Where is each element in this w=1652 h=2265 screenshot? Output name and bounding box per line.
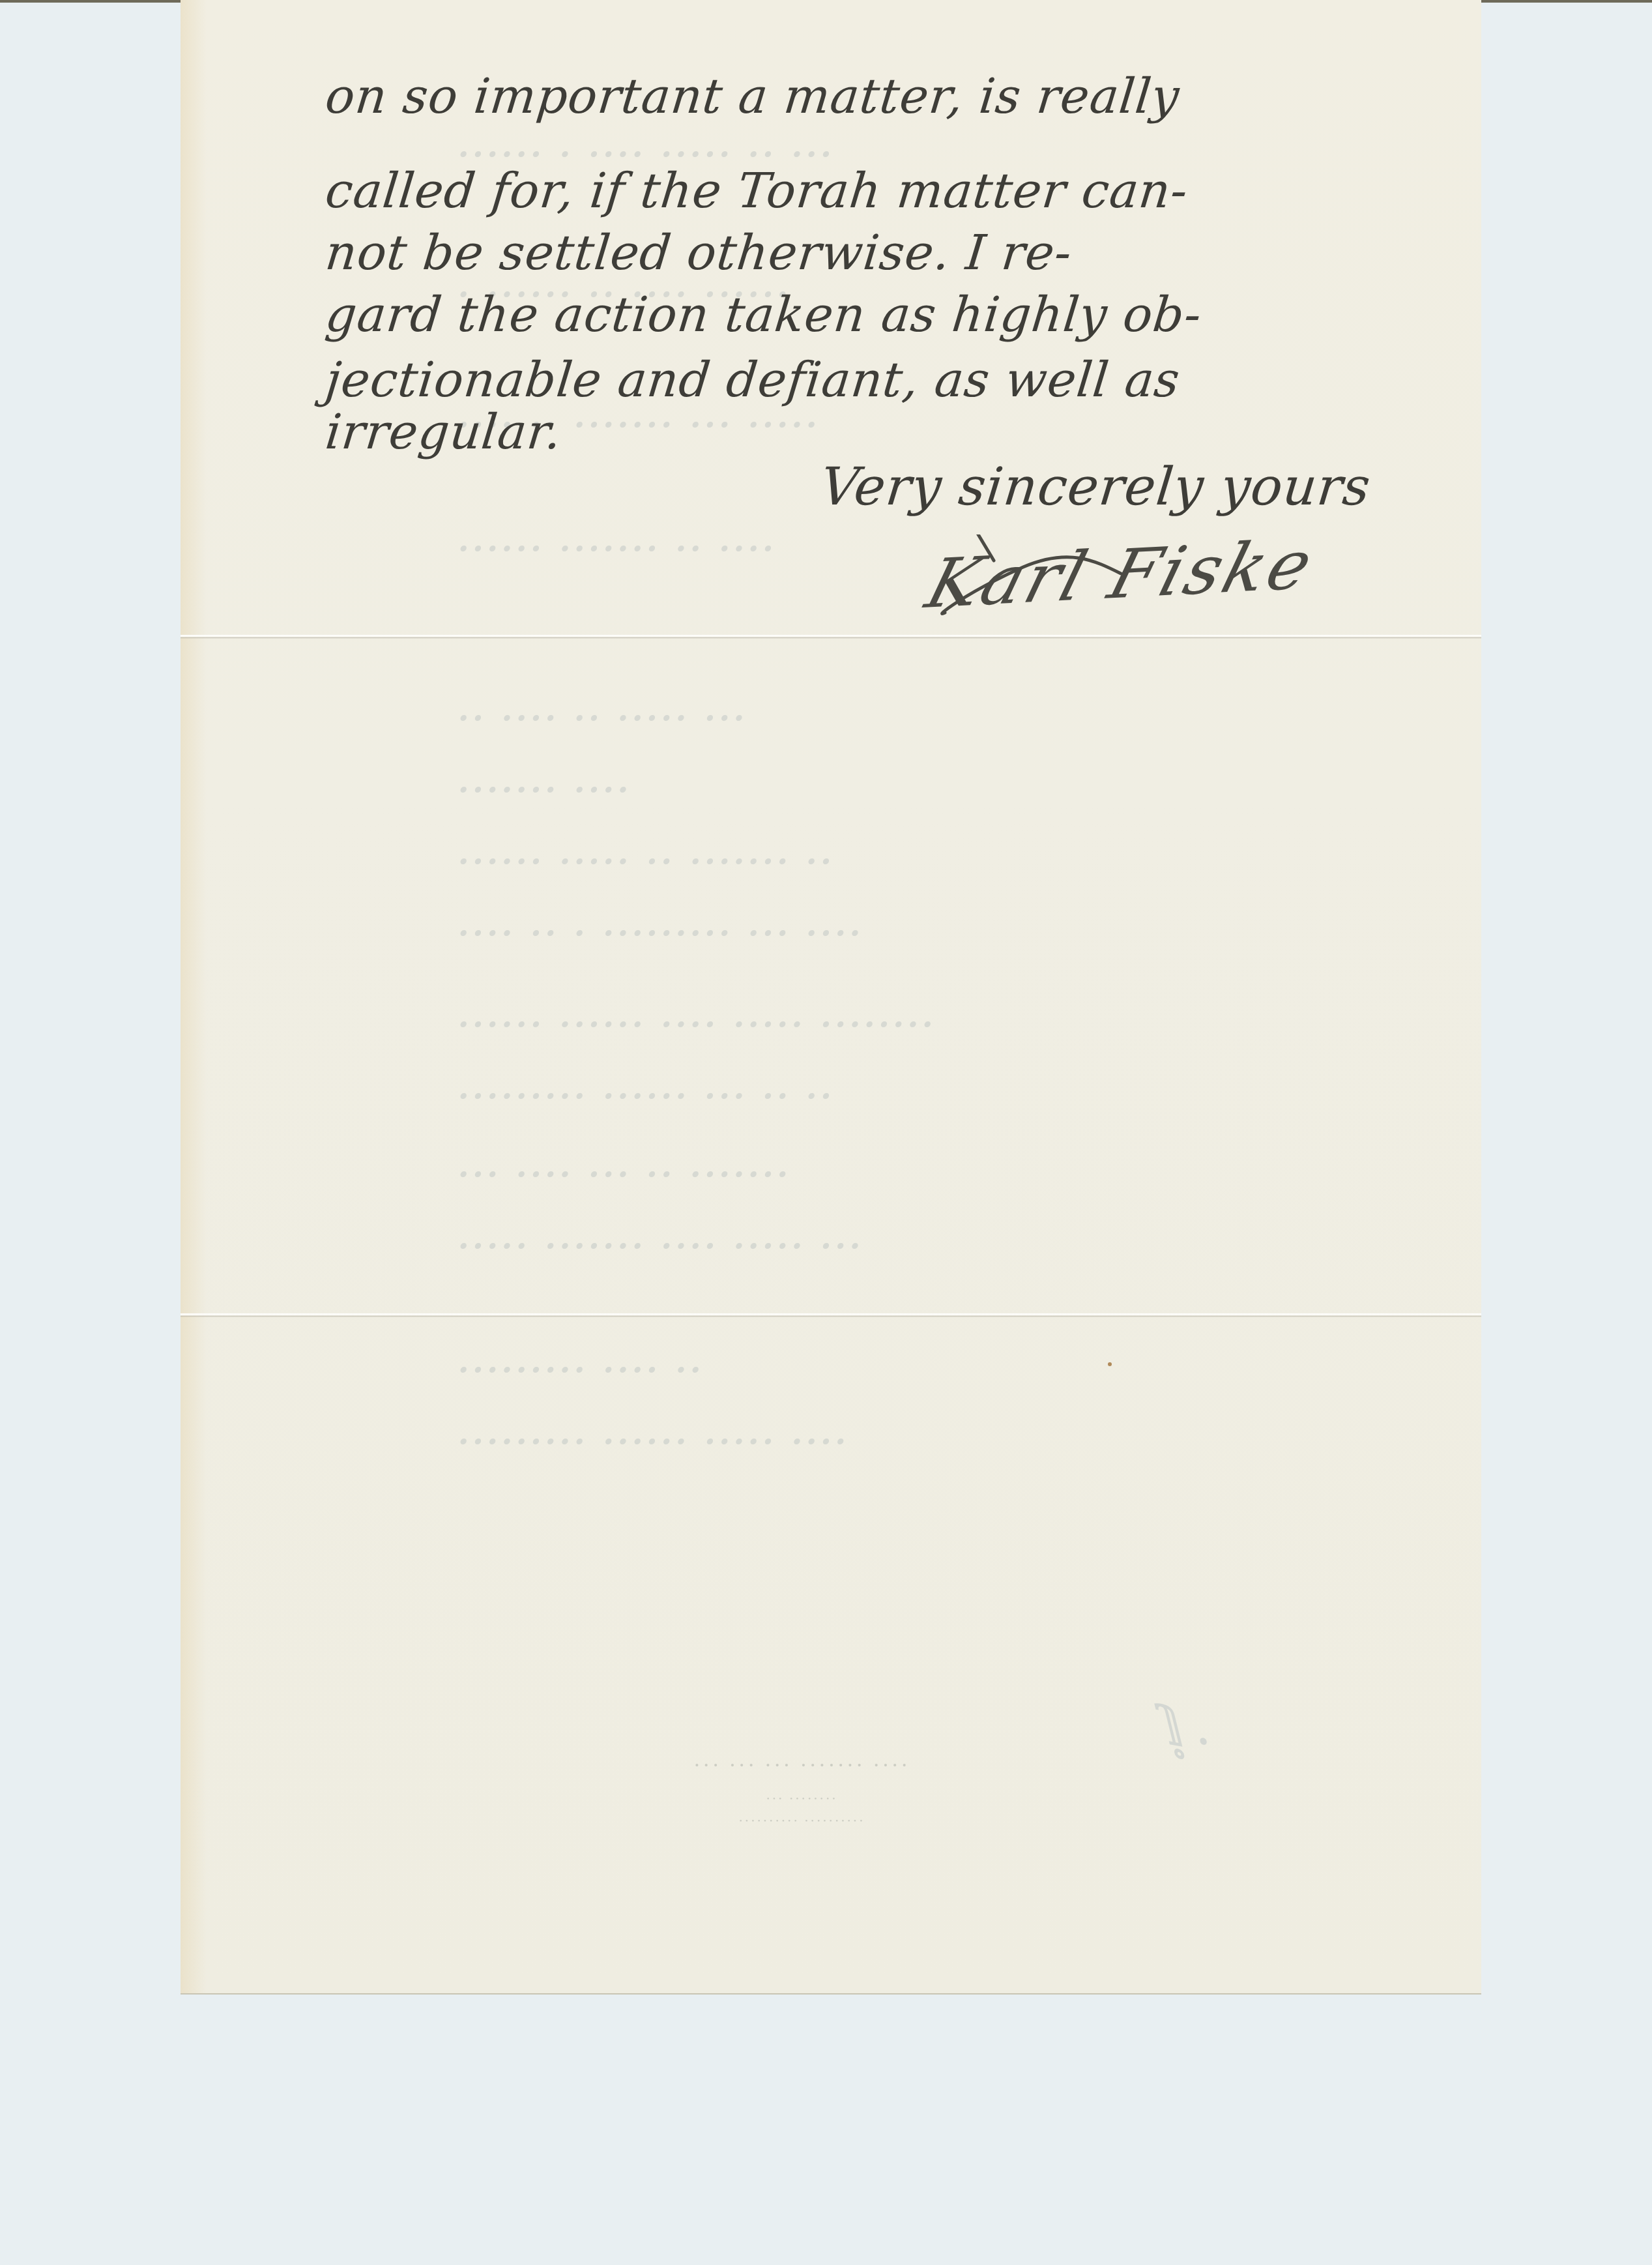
letterhead-bleed-through: ·········· ·········· ··· ········ ··· ·… — [613, 1753, 991, 1832]
bleed-through-line: ··· ····· ·· ···· ·· — [456, 691, 746, 744]
bleed-through-line: ·· ······· ·· ····· ······ — [456, 834, 833, 888]
letter-body-line: gard the action taken as highly ob- — [323, 287, 1204, 343]
bleed-through-line: ·· ···· ········· — [456, 1343, 703, 1396]
fold-line-upper — [181, 635, 1481, 639]
fold-line-lower — [181, 1313, 1481, 1317]
letter-body-line: not be settled otherwise. I re- — [323, 225, 1075, 281]
letter-body-line: called for, if the Torah matter can- — [323, 163, 1191, 219]
bleed-through-line: ···· ······· — [456, 763, 630, 816]
letter-body-line: irregular. — [323, 404, 564, 460]
bleed-through-line: ···· ·· ······· ······ — [456, 521, 775, 575]
bleed-through-line: ······· ·· ··· ···· ··· — [456, 1147, 790, 1201]
date-mark-bleed: ⅉ · — [1155, 1704, 1217, 1772]
letter-closing: Very sincerely yours — [818, 456, 1374, 517]
scanned-page: ··· ·· ····· ···· · ······ ······ ···· ·… — [0, 0, 1652, 2265]
bleed-through-line: ···· ····· ······ ········· — [456, 1414, 848, 1468]
letterhead-line: ··· ········ — [613, 1787, 991, 1809]
bleed-through-line: ·· ·· ··· ······ ········· — [456, 1069, 833, 1122]
bleed-through-line: ···· ··· ········· · ·· ···· — [456, 906, 862, 959]
letter-body-line: jectionable and defiant, as well as — [323, 352, 1182, 408]
letter-body-line: on so important a matter, is really — [323, 68, 1182, 124]
letterhead-line: ··· ··· ··· ······· ···· — [613, 1753, 991, 1775]
bleed-through-line: ········ ····· ···· ······ ······ — [456, 997, 935, 1051]
letterhead-line: ·········· ·········· — [613, 1809, 991, 1832]
bleed-through-line: ··· ····· ···· ······· ····· — [456, 1219, 862, 1272]
ink-spot — [1108, 1362, 1112, 1366]
